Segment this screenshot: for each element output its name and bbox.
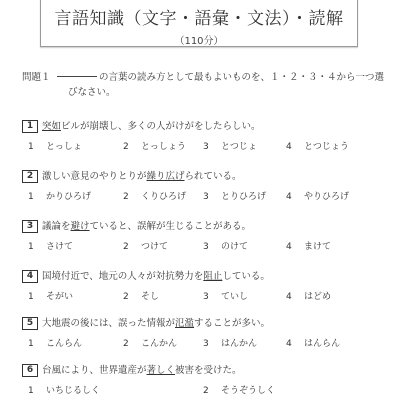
option-2[interactable]: 2つけて <box>117 239 168 252</box>
stem-before: 議論を <box>42 221 71 232</box>
stem-after: られている。 <box>185 171 242 182</box>
underlined-word: 突如 <box>42 121 61 132</box>
question-number: 3 <box>22 220 38 233</box>
stem-after: ていると、誤解が生じることがある。 <box>90 221 252 232</box>
instruction-text: の言葉の読み方として最もよいものを、１・２・３・４から一つ選 <box>99 72 384 83</box>
instruction-text-2: びなさい。 <box>22 85 392 100</box>
option-2[interactable]: 2こんかん <box>117 336 177 349</box>
option-3[interactable]: 3ていし <box>197 289 248 302</box>
option-2[interactable]: 2とっしょう <box>117 139 186 152</box>
time-limit: （110分） <box>41 32 357 47</box>
option-1[interactable]: 1とっしょ <box>22 139 82 152</box>
option-2[interactable]: 2くりひろげ <box>117 189 186 202</box>
option-4[interactable]: 4はどめ <box>280 289 331 302</box>
option-4[interactable]: 4はんらん <box>280 336 340 349</box>
option-3[interactable]: 3のけて <box>197 239 248 252</box>
option-2[interactable]: 2そし <box>117 289 159 302</box>
question-2: 2激しい意見のやりとりが繰り広げられている。 1かりひろげ 2くりひろげ 3とり… <box>22 170 392 203</box>
question-6: 6台風により、世界遺産が著しく被害を受けた。 1いちじるしく 2そうぞうしく <box>22 364 392 397</box>
option-2[interactable]: 2そうぞうしく <box>197 383 275 396</box>
option-1[interactable]: 1こんらん <box>22 336 82 349</box>
option-3[interactable]: 3とりひろげ <box>197 189 266 202</box>
stem-after: ビルが崩壊し、多くの人がけがをしたらしい。 <box>61 121 261 132</box>
stem-before: 激しい意見のやりとりが <box>42 171 147 182</box>
question-number: 4 <box>22 270 38 283</box>
underlined-word: 避け <box>71 221 90 232</box>
stem-before: 大地震の後には、誤った情報が <box>42 318 175 329</box>
stem-after: することが多い。 <box>194 318 270 329</box>
option-1[interactable]: 1かりひろげ <box>22 189 91 202</box>
question-number: 2 <box>22 170 38 183</box>
stem-after: している。 <box>222 271 270 282</box>
underlined-word: 繰り広げ <box>147 171 185 182</box>
option-3[interactable]: 3はんかん <box>197 336 257 349</box>
stem-after: 被害を受けた。 <box>175 365 242 376</box>
question-3: 3議論を避けていると、誤解が生じることがある。 1さけて 2つけて 3のけて 4… <box>22 220 392 253</box>
stem-before: 国境付近で、地元の人々が対抗勢力を <box>42 271 203 282</box>
question-1: 1突如ビルが崩壊し、多くの人がけがをしたらしい。 1とっしょ 2とっしょう 3と… <box>22 120 392 153</box>
underlined-word: 著しく <box>147 365 176 376</box>
question-number: 1 <box>22 120 38 133</box>
underline-blank <box>57 76 97 77</box>
instruction: 問題１ の言葉の読み方として最もよいものを、１・２・３・４から一つ選 びなさい。 <box>22 70 392 100</box>
option-1[interactable]: 1そがい <box>22 289 73 302</box>
question-5: 5大地震の後には、誤った情報が氾濫することが多い。 1こんらん 2こんかん 3は… <box>22 317 392 350</box>
underlined-word: 氾濫 <box>175 318 194 329</box>
option-3[interactable]: 3とつじょ <box>197 139 257 152</box>
underlined-word: 阻止 <box>203 271 222 282</box>
question-number: 5 <box>22 317 38 330</box>
option-1[interactable]: 1さけて <box>22 239 73 252</box>
option-4[interactable]: 4まけて <box>280 239 331 252</box>
question-number: 6 <box>22 364 38 377</box>
stem-before: 台風により、世界遺産が <box>42 365 147 376</box>
problem-label: 問題１ <box>22 70 54 85</box>
title-box: 言語知識（文字・語彙・文法）・読解 （110分） <box>40 0 358 47</box>
option-4[interactable]: 4とつじょう <box>280 139 349 152</box>
option-4[interactable]: 4やりひろげ <box>280 189 349 202</box>
option-1[interactable]: 1いちじるしく <box>22 383 100 396</box>
page-title: 言語知識（文字・語彙・文法）・読解 <box>41 4 357 29</box>
question-4: 4国境付近で、地元の人々が対抗勢力を阻止している。 1そがい 2そし 3ていし … <box>22 270 392 303</box>
